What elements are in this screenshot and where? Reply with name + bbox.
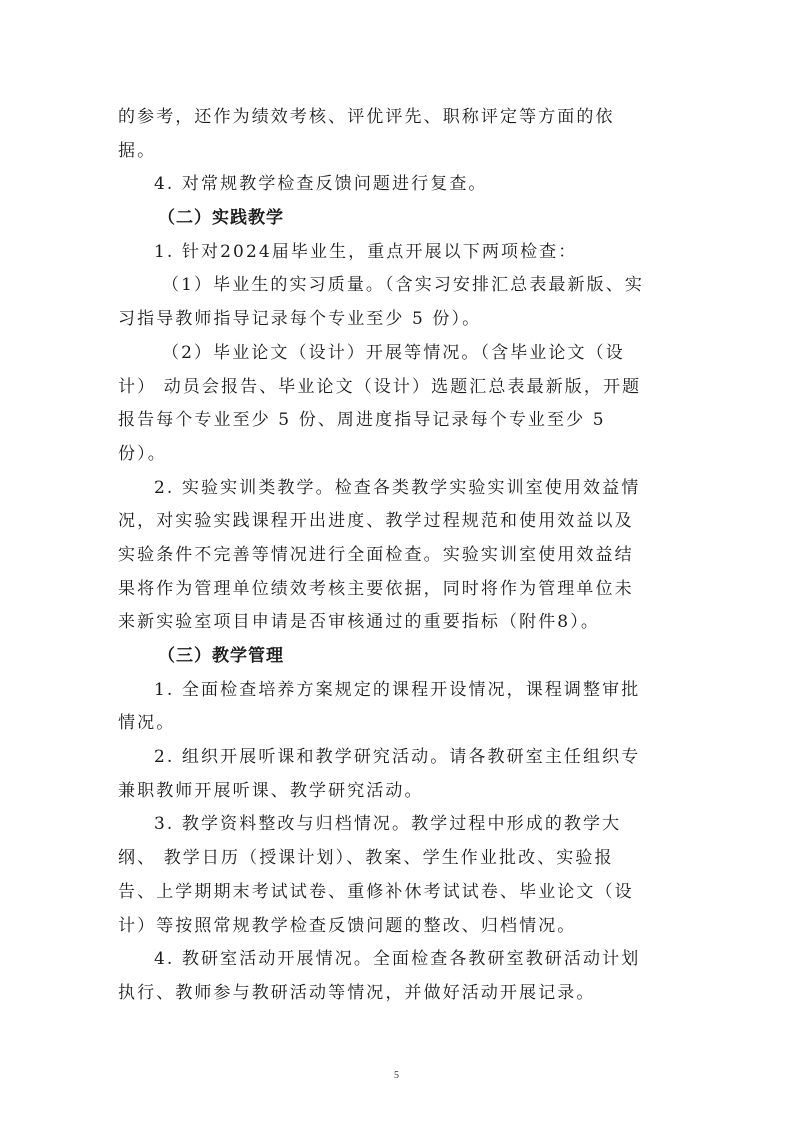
document-page-body: 的参考，还作为绩效考核、评优评先、职称评定等方面的依 据。 4. 对常规教学检查… <box>118 101 658 1011</box>
paragraph-line: 计） 动员会报告、毕业论文（设计）选题汇总表最新版，开题 <box>118 371 658 405</box>
paragraph-line: 份）。 <box>118 438 658 472</box>
section-heading-teaching-management: （三）教学管理 <box>118 640 658 674</box>
list-item-review-feedback: 4. 对常规教学检查反馈问题进行复查。 <box>118 168 658 202</box>
sub-item-thesis-design: （2）毕业论文（设计）开展等情况。（含毕业论文（设 <box>118 337 658 371</box>
paragraph-line: 计）等按照常规教学检查反馈问题的整改、归档情况。 <box>118 910 658 944</box>
paragraph-line: 报告每个专业至少 5 份、周进度指导记录每个专业至少 5 <box>118 404 658 438</box>
paragraph-line: 的参考，还作为绩效考核、评优评先、职称评定等方面的依 <box>118 101 658 135</box>
paragraph-line: 告、上学期期末考试试卷、重修补休考试试卷、毕业论文（设 <box>118 876 658 910</box>
list-item-curriculum-check: 1. 全面检查培养方案规定的课程开设情况，课程调整审批 <box>118 674 658 708</box>
paragraph-line: 情况。 <box>118 707 658 741</box>
list-item-teaching-materials: 3. 教学资料整改与归档情况。教学过程中形成的教学大 <box>118 808 658 842</box>
paragraph-line: 实验条件不完善等情况进行全面检查。实验实训室使用效益结 <box>118 539 658 573</box>
list-item-lesson-observation: 2. 组织开展听课和教学研究活动。请各教研室主任组织专 <box>118 741 658 775</box>
paragraph-line: 果将作为管理单位绩效考核主要依据，同时将作为管理单位未 <box>118 573 658 607</box>
page-number: 5 <box>0 1070 793 1081</box>
paragraph-line: 据。 <box>118 135 658 169</box>
section-heading-practice-teaching: （二）实践教学 <box>118 202 658 236</box>
paragraph-line: 习指导教师指导记录每个专业至少 5 份）。 <box>118 303 658 337</box>
list-item-research-office-activities: 4. 教研室活动开展情况。全面检查各教研室教研活动计划 <box>118 943 658 977</box>
paragraph-line: 来新实验室项目申请是否审核通过的重要指标（附件8）。 <box>118 606 658 640</box>
paragraph-line: 兼职教师开展听课、教学研究活动。 <box>118 775 658 809</box>
list-item-graduates-2024: 1. 针对2024届毕业生，重点开展以下两项检查： <box>118 236 658 270</box>
sub-item-internship-quality: （1）毕业生的实习质量。（含实习安排汇总表最新版、实 <box>118 269 658 303</box>
paragraph-line: 纲、 教学日历（授课计划）、教案、学生作业批改、实验报 <box>118 842 658 876</box>
list-item-lab-training: 2. 实验实训类教学。检查各类教学实验实训室使用效益情 <box>118 472 658 506</box>
paragraph-line: 况，对实验实践课程开出进度、教学过程规范和使用效益以及 <box>118 505 658 539</box>
paragraph-line: 执行、教师参与教研活动等情况，并做好活动开展记录。 <box>118 977 658 1011</box>
